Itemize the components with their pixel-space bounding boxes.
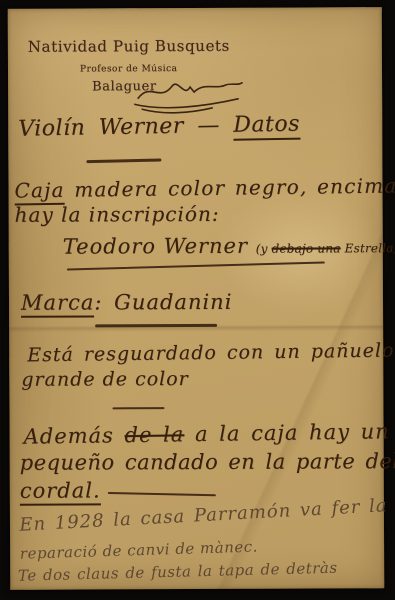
marca-value: Guadanini (114, 290, 232, 315)
letterhead: Natividad Puig Busquets Profesor de Músi… (8, 7, 382, 9)
caja-line-2: hay la inscripción: (15, 202, 220, 227)
claus-line: Te dos claus de fusta la tapa de detràs (18, 559, 338, 585)
ink-underline-sweep (67, 262, 325, 271)
marca-colon: : (94, 290, 102, 314)
ink-divider (95, 324, 217, 327)
manuscript-page: Natividad Puig Busquets Profesor de Músi… (8, 7, 385, 590)
signature-flourish-icon (134, 74, 246, 118)
candado-line-1: Además de la a la caja hay un (23, 419, 389, 448)
inscription-name: Teodoro Werner (63, 234, 248, 259)
letterhead-name: Natividad Puig Busquets (28, 37, 230, 56)
parramon-line-2: reparació de canvi de mànec. (20, 538, 259, 563)
ink-divider (112, 407, 164, 409)
cordal-word: cordal. (20, 478, 101, 505)
annotation-open: (y (256, 242, 272, 256)
annotation-struck: debajo una (272, 241, 341, 255)
caja-line-1-rest: madera color negro, encima (65, 173, 395, 201)
panuelo-line-2: grande de color (21, 368, 188, 391)
title-separator: — (197, 113, 220, 138)
candado-lead: Además (23, 423, 124, 448)
candado-rest: a la caja hay un (184, 419, 390, 446)
ink-divider (86, 158, 161, 162)
marca-line: Marca: Guadanini (21, 290, 232, 315)
inscription-annotation: (y debajo una Estrella) (256, 241, 395, 256)
candado-line-2: pequeño candado en la parte del (20, 449, 395, 475)
caja-line-1: Caja madera color negro, encima (14, 173, 395, 202)
note-title-line: Violín Werner — Datos (18, 112, 300, 142)
inscription-line: Teodoro Werner (y debajo una Estrella) (63, 233, 395, 258)
title-label: Datos (233, 112, 300, 141)
ink-dash-stroke (108, 492, 216, 496)
marca-label: Marca (21, 290, 94, 317)
panuelo-line-1: Está resguardado con un pañuelo (27, 340, 394, 367)
letterhead-subtitle: Profesor de Música (80, 64, 178, 74)
candado-line-3: cordal. (20, 478, 101, 502)
caja-word: Caja (14, 178, 65, 206)
scan-background: Natividad Puig Busquets Profesor de Músi… (0, 0, 395, 600)
title-subject: Violín Werner (18, 114, 184, 142)
annotation-close: Estrella) (341, 241, 395, 255)
handwritten-note: Violín Werner — Datos Caja madera color … (8, 7, 382, 9)
candado-struck: de la (124, 422, 184, 447)
